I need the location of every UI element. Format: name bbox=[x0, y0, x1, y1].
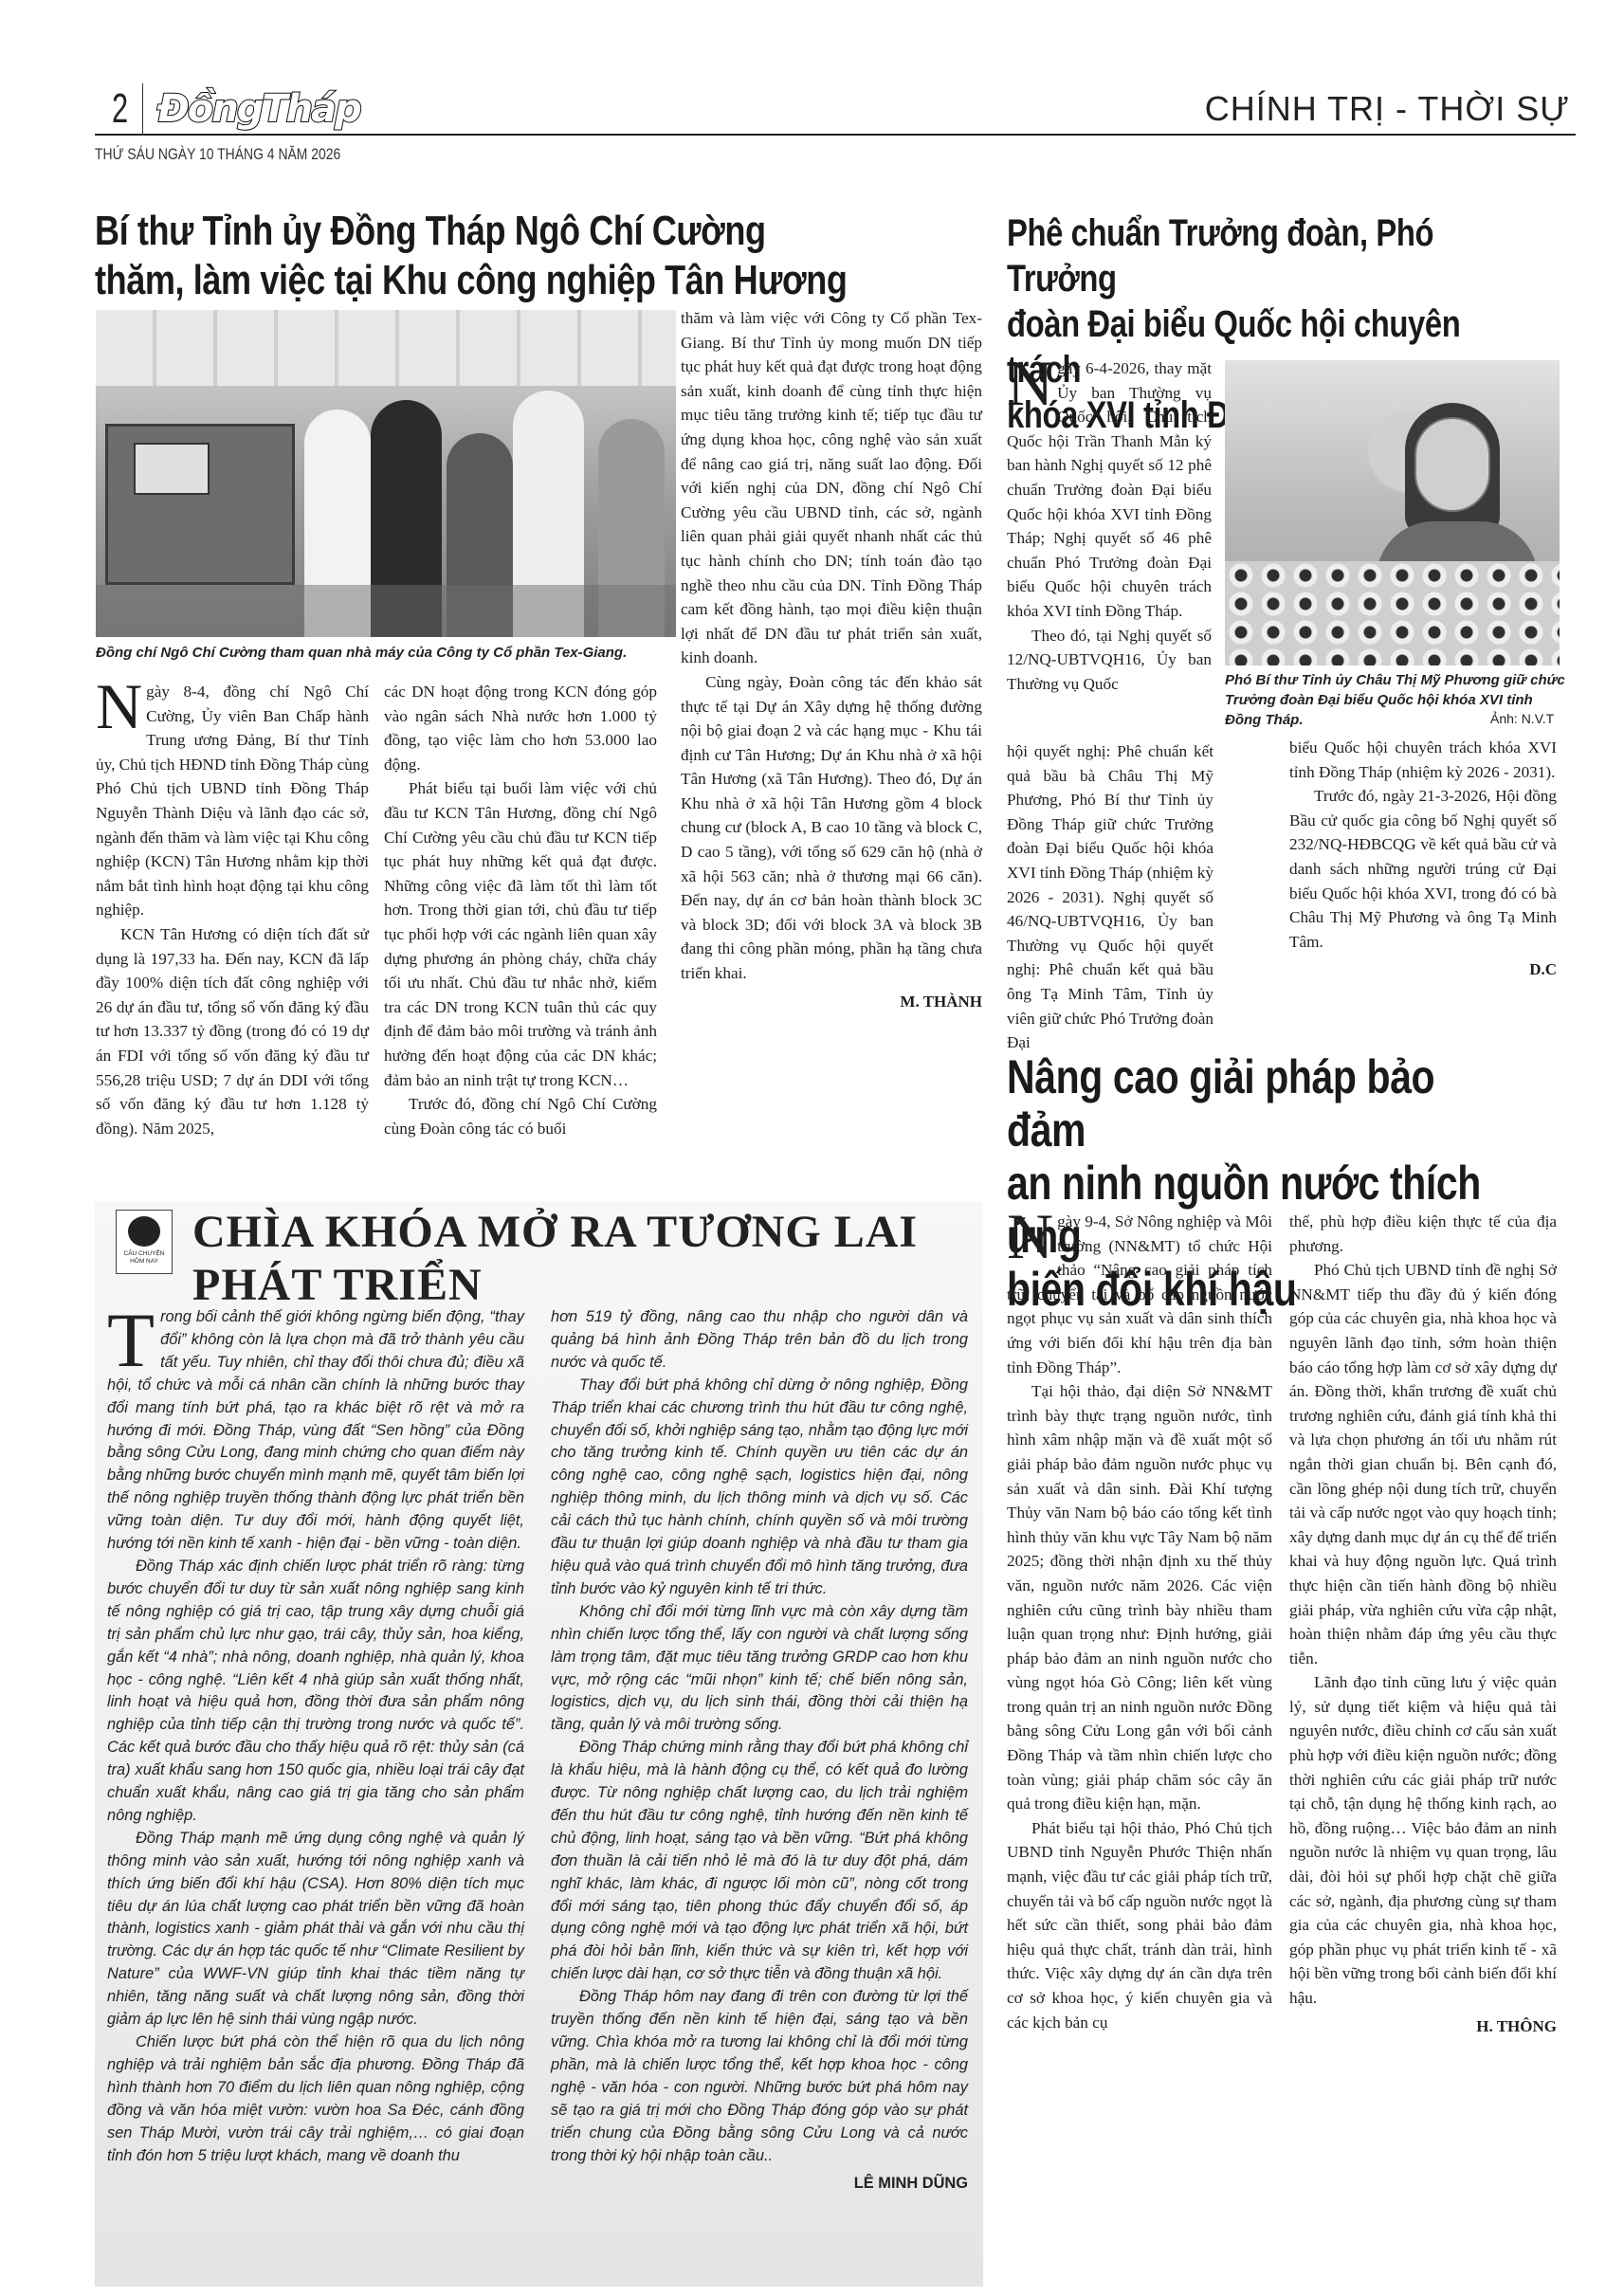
paragraph: Theo đó, tại Nghị quyết số 12/NQ-UBTVQH1… bbox=[1007, 624, 1212, 697]
paragraph: Chiến lược bứt phá còn thể hiện rõ qua d… bbox=[107, 2032, 524, 2167]
paragraph: Phó Chủ tịch UBND tỉnh đề nghị Sở NN&MT … bbox=[1289, 1258, 1557, 1670]
page-number: 2 bbox=[112, 85, 128, 133]
editorial-column-1: Trong bối cảnh thế giới không ngừng biến… bbox=[107, 1306, 524, 2167]
article1-headline: Bí thư Tỉnh ủy Đồng Tháp Ngô Chí Cường t… bbox=[95, 207, 848, 305]
issue-date: THỨ SÁU NGÀY 10 THÁNG 4 NĂM 2026 bbox=[95, 145, 340, 164]
paragraph: Đồng Tháp mạnh mẽ ứng dụng công nghệ và … bbox=[107, 1828, 524, 2032]
paragraph: Ngày 6-4-2026, thay mặt Ủy ban Thường vụ… bbox=[1007, 356, 1212, 624]
article1-column-1: Ngày 8-4, đồng chí Ngô Chí Cường, Ủy viê… bbox=[96, 680, 369, 1140]
title-line: CHÌA KHÓA MỞ RA TƯƠNG LAI bbox=[192, 1207, 918, 1257]
newspaper-logo: ĐồngTháp bbox=[157, 87, 360, 131]
paragraph: Tại hội thảo, đại diện Sở NN&MT trình bà… bbox=[1007, 1379, 1272, 1816]
paragraph: các DN hoạt động trong KCN đóng góp vào … bbox=[384, 680, 657, 776]
photo-ceiling bbox=[96, 310, 676, 386]
article2-column-1-bottom: hội quyết nghị: Phê chuẩn kết quả bầu bà… bbox=[1007, 739, 1213, 1055]
paragraph: Cùng ngày, Đoàn công tác đến khảo sát th… bbox=[681, 670, 982, 986]
article3-byline: H. THÔNG bbox=[1289, 2014, 1557, 2039]
article1-column-3: thăm và làm việc với Công ty Cổ phần Tex… bbox=[681, 306, 982, 1013]
editorial-byline: LÊ MINH DŨNG bbox=[551, 2173, 968, 2196]
article3-column-2: thể, phù hợp điều kiện thực tế của địa p… bbox=[1289, 1210, 1557, 2038]
photo-face bbox=[1414, 417, 1490, 512]
paragraph: KCN Tân Hương có diện tích đất sử dụng l… bbox=[96, 922, 369, 1140]
paragraph: Không chỉ đổi mới từng lĩnh vực mà còn x… bbox=[551, 1601, 968, 1737]
article2-byline: D.C bbox=[1289, 957, 1557, 982]
paragraph: Đồng Tháp chứng minh rằng thay đổi bứt p… bbox=[551, 1737, 968, 1986]
section-title: CHÍNH TRỊ - THỜI SỰ bbox=[1205, 89, 1570, 129]
column-logo-label: CÂU CHUYỆNHÔM NAY bbox=[117, 1250, 172, 1266]
headline-line: Nâng cao giải pháp bảo đảm bbox=[1007, 1050, 1434, 1157]
editorial-title: CHÌA KHÓA MỞ RA TƯƠNG LAI PHÁT TRIỂN bbox=[192, 1206, 918, 1312]
article2-column-1-top: Ngày 6-4-2026, thay mặt Ủy ban Thường vụ… bbox=[1007, 356, 1212, 696]
paragraph: Thay đổi bứt phá không chỉ dừng ở nông n… bbox=[551, 1375, 968, 1601]
masthead: 2 ĐồngTháp CHÍNH TRỊ - THỜI SỰ bbox=[95, 83, 1576, 136]
paragraph: Ngày 9-4, Sở Nông nghiệp và Môi trường (… bbox=[1007, 1210, 1272, 1379]
drop-cap: N bbox=[1007, 1212, 1053, 1261]
drop-cap: N bbox=[96, 682, 142, 731]
paragraph: Trước đó, đồng chí Ngô Chí Cường cùng Đo… bbox=[384, 1092, 657, 1140]
article1-column-2: các DN hoạt động trong KCN đóng góp vào … bbox=[384, 680, 657, 1140]
globe-pen-icon bbox=[128, 1216, 160, 1247]
article1-byline: M. THÀNH bbox=[681, 990, 982, 1014]
headline-line: thăm, làm việc tại Khu công nghiệp Tân H… bbox=[95, 257, 848, 303]
paragraph: Phát biểu tại buổi làm việc với chủ đầu … bbox=[384, 776, 657, 1092]
article1-photo-caption: Đồng chí Ngô Chí Cường tham quan nhà máy… bbox=[96, 643, 684, 663]
drop-cap: T bbox=[107, 1310, 155, 1371]
paragraph: Lãnh đạo tỉnh cũng lưu ý việc quản lý, s… bbox=[1289, 1670, 1557, 2010]
masthead-divider bbox=[142, 83, 143, 136]
article1-photo bbox=[96, 310, 676, 637]
title-line: PHÁT TRIỂN bbox=[192, 1260, 483, 1310]
headline-line: Bí thư Tỉnh ủy Đồng Tháp Ngô Chí Cường bbox=[95, 208, 766, 254]
article2-photo bbox=[1225, 360, 1560, 665]
photo-flowers bbox=[1225, 561, 1560, 665]
headline-line: Phê chuẩn Trưởng đoàn, Phó Trưởng bbox=[1007, 212, 1433, 300]
article2-column-2: biểu Quốc hội chuyên trách khóa XVI tỉnh… bbox=[1289, 736, 1557, 982]
paragraph: Phát biểu tại hội thảo, Phó Chủ tịch UBN… bbox=[1007, 1816, 1272, 2034]
paragraph: Đồng Tháp hôm nay đang đi trên con đường… bbox=[551, 1986, 968, 2167]
paragraph: Ngày 8-4, đồng chí Ngô Chí Cường, Ủy viê… bbox=[96, 680, 369, 922]
paragraph: Trong bối cảnh thế giới không ngừng biến… bbox=[107, 1306, 524, 1556]
photo-screen bbox=[134, 443, 210, 495]
editorial-column-2: hơn 519 tỷ đồng, nâng cao thu nhập cho n… bbox=[551, 1306, 968, 2196]
photo-floor bbox=[96, 585, 676, 637]
column-logo: CÂU CHUYỆNHÔM NAY bbox=[116, 1210, 173, 1274]
paragraph: thăm và làm việc với Công ty Cổ phần Tex… bbox=[681, 306, 982, 670]
paragraph: Trước đó, ngày 21-3-2026, Hội đồng Bầu c… bbox=[1289, 784, 1557, 954]
paragraph: hội quyết nghị: Phê chuẩn kết quả bầu bà… bbox=[1007, 739, 1213, 1055]
paragraph: biểu Quốc hội chuyên trách khóa XVI tỉnh… bbox=[1289, 736, 1557, 784]
article3-column-1: Ngày 9-4, Sở Nông nghiệp và Môi trường (… bbox=[1007, 1210, 1272, 2034]
drop-cap: N bbox=[1007, 358, 1053, 408]
paragraph: thể, phù hợp điều kiện thực tế của địa p… bbox=[1289, 1210, 1557, 1258]
paragraph: Đồng Tháp xác định chiến lược phát triển… bbox=[107, 1556, 524, 1828]
paragraph: hơn 519 tỷ đồng, nâng cao thu nhập cho n… bbox=[551, 1306, 968, 1375]
photo-credit: Ảnh: N.V.T bbox=[1490, 711, 1554, 726]
